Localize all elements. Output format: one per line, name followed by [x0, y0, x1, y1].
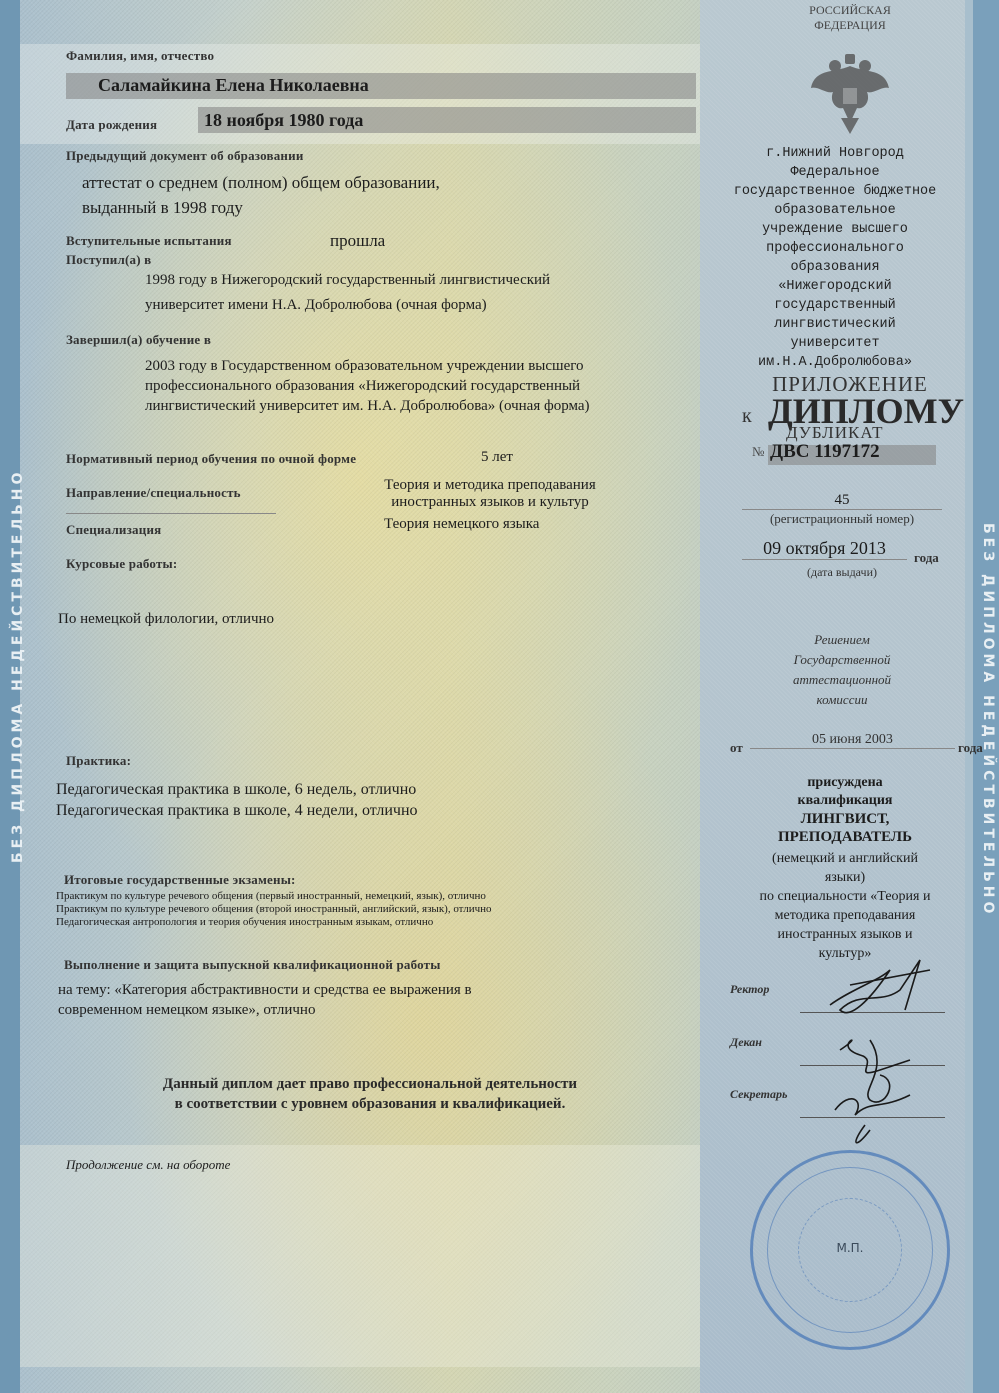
enrolled-value: 1998 году в Нижегородский государственны… [145, 268, 550, 318]
list-item: Педагогическая практика в школе, 6 недел… [56, 779, 418, 800]
fio-label: Фамилия, имя, отчество [66, 48, 214, 64]
practice-list: Педагогическая практика в школе, 6 недел… [56, 779, 418, 821]
finished-label: Завершил(а) обучение в [66, 332, 211, 348]
fio-value: Саламайкина Елена Николаевна [98, 75, 369, 96]
entrance-value: прошла [330, 231, 385, 251]
reg-number-caption: (регистрационный номер) [742, 511, 942, 527]
right-strip-text: БЕЗ ДИПЛОМА НЕДЕЙСТВИТЕЛЬНО [980, 523, 996, 863]
birth-value: 18 ноября 1980 года [204, 110, 363, 131]
signatory-secretary: Секретарь [730, 1087, 787, 1102]
signatory-rector: Ректор [730, 982, 769, 997]
rights-statement: Данный диплом дает право профессионально… [70, 1074, 670, 1114]
specialization-value: Теория немецкого языка [384, 516, 539, 533]
prev-doc-label: Предыдущий документ об образовании [66, 148, 304, 164]
thesis-value: на тему: «Категория абстрактивности и ср… [58, 980, 472, 1020]
signatures-icon [810, 950, 950, 1150]
continued-note: Продолжение см. на обороте [66, 1157, 230, 1173]
decision-suffix: года [958, 740, 983, 756]
duplicate-mark: ДУБЛИКАТ [786, 423, 884, 443]
issue-date-suffix: года [914, 550, 939, 566]
exams-list: Практикум по культуре речевого общения (… [56, 890, 492, 929]
decision-from: от [730, 740, 743, 756]
entrance-label: Вступительные испытания [66, 233, 232, 249]
seal-label: М.П. [753, 1241, 947, 1255]
number-prefix: № [752, 444, 764, 460]
qualification-block: присуждена квалификация ЛИНГВИСТ, ПРЕПОД… [730, 774, 960, 846]
decision-text: Решением Государственной аттестационной … [742, 630, 942, 710]
institution-name: г.Нижний Новгород Федеральное государств… [705, 144, 965, 372]
diploma-number: ДВС 1197172 [770, 441, 880, 463]
direction-label: Направление/специальность [66, 485, 276, 514]
finished-value: 2003 году в Государственном образователь… [145, 356, 590, 416]
list-item: Практикум по культуре речевого общения (… [56, 890, 492, 903]
double-headed-eagle-icon [805, 48, 895, 138]
issue-date-caption: (дата выдачи) [742, 565, 942, 580]
decision-date: 05 июня 2003 [750, 732, 955, 749]
enrolled-label: Поступил(а) в [66, 252, 151, 268]
signatory-dean: Декан [730, 1035, 762, 1050]
list-item: Педагогическая антропология и теория обу… [56, 916, 492, 929]
birth-label: Дата рождения [66, 117, 157, 133]
issue-date: 09 октября 2013 [742, 538, 907, 560]
exams-label: Итоговые государственные экзамены: [64, 872, 296, 888]
practice-label: Практика: [66, 753, 131, 769]
left-strip-text: БЕЗ ДИПЛОМА НЕДЕЙСТВИТЕЛЬНО [10, 523, 26, 863]
country-name: РОССИЙСКАЯ ФЕДЕРАЦИЯ [780, 3, 920, 33]
list-item: Педагогическая практика в школе, 4 недел… [56, 800, 418, 821]
direction-value: Теория и методика преподавания иностранн… [350, 477, 630, 511]
footer-band [20, 1145, 700, 1367]
reg-number: 45 [742, 492, 942, 510]
coursework-value: По немецкой филологии, отлично [58, 611, 274, 628]
period-value: 5 лет [481, 449, 513, 466]
seal-outer-ring: М.П. [750, 1150, 950, 1350]
thesis-label: Выполнение и защита выпускной квалификац… [64, 957, 441, 973]
period-label: Нормативный период обучения по очной фор… [66, 451, 356, 467]
specialization-label: Специализация [66, 522, 161, 538]
title-k: к [742, 405, 752, 428]
list-item: Практикум по культуре речевого общения (… [56, 903, 492, 916]
qualification-detail: (немецкий и английский языки) по специал… [730, 849, 960, 963]
coursework-label: Курсовые работы: [66, 556, 177, 572]
prev-doc-value: аттестат о среднем (полном) общем образо… [82, 170, 440, 220]
